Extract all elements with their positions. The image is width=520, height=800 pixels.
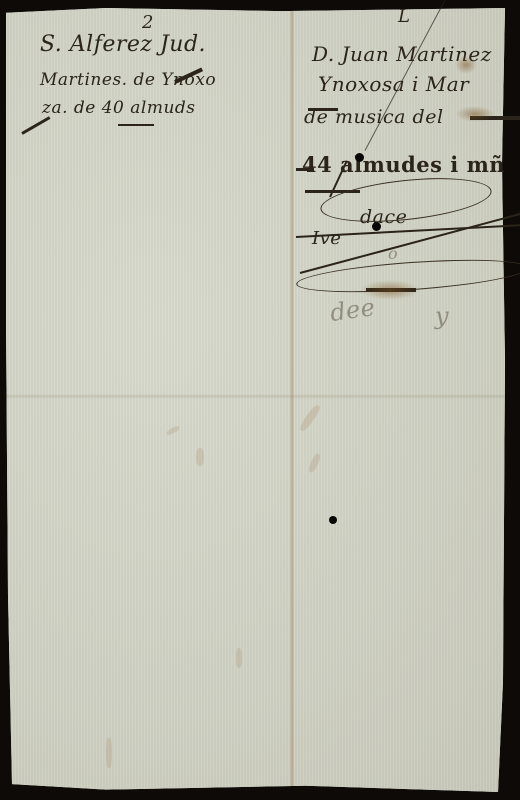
right-line-3: de musica del <box>304 106 444 128</box>
dash <box>296 168 314 171</box>
punch-hole <box>329 516 337 524</box>
bleed-through-mark <box>307 452 322 473</box>
right-mark-above: L <box>398 6 410 27</box>
faded-mark: y <box>435 302 449 330</box>
left-mark-above: 2 <box>142 12 154 33</box>
punch-hole <box>355 153 364 162</box>
left-line-1: S. Alferez Jud. <box>40 32 206 57</box>
bleed-through-mark <box>236 648 242 668</box>
bleed-through-mark <box>166 425 181 436</box>
bleed-through-mark <box>196 448 204 466</box>
underline <box>118 124 154 126</box>
right-line-4: 44 almudes i mñ <box>302 152 505 177</box>
bleed-through-mark <box>106 738 112 768</box>
struck-text-2: Ive <box>312 228 341 249</box>
punch-hole <box>372 222 381 231</box>
left-line-3: za. de 40 almuds <box>42 98 196 118</box>
bleed-through-mark <box>298 403 322 432</box>
ink-stain <box>455 56 477 74</box>
right-line-2: Ynoxosa i Mar <box>318 72 469 96</box>
ink-stain <box>455 106 495 122</box>
